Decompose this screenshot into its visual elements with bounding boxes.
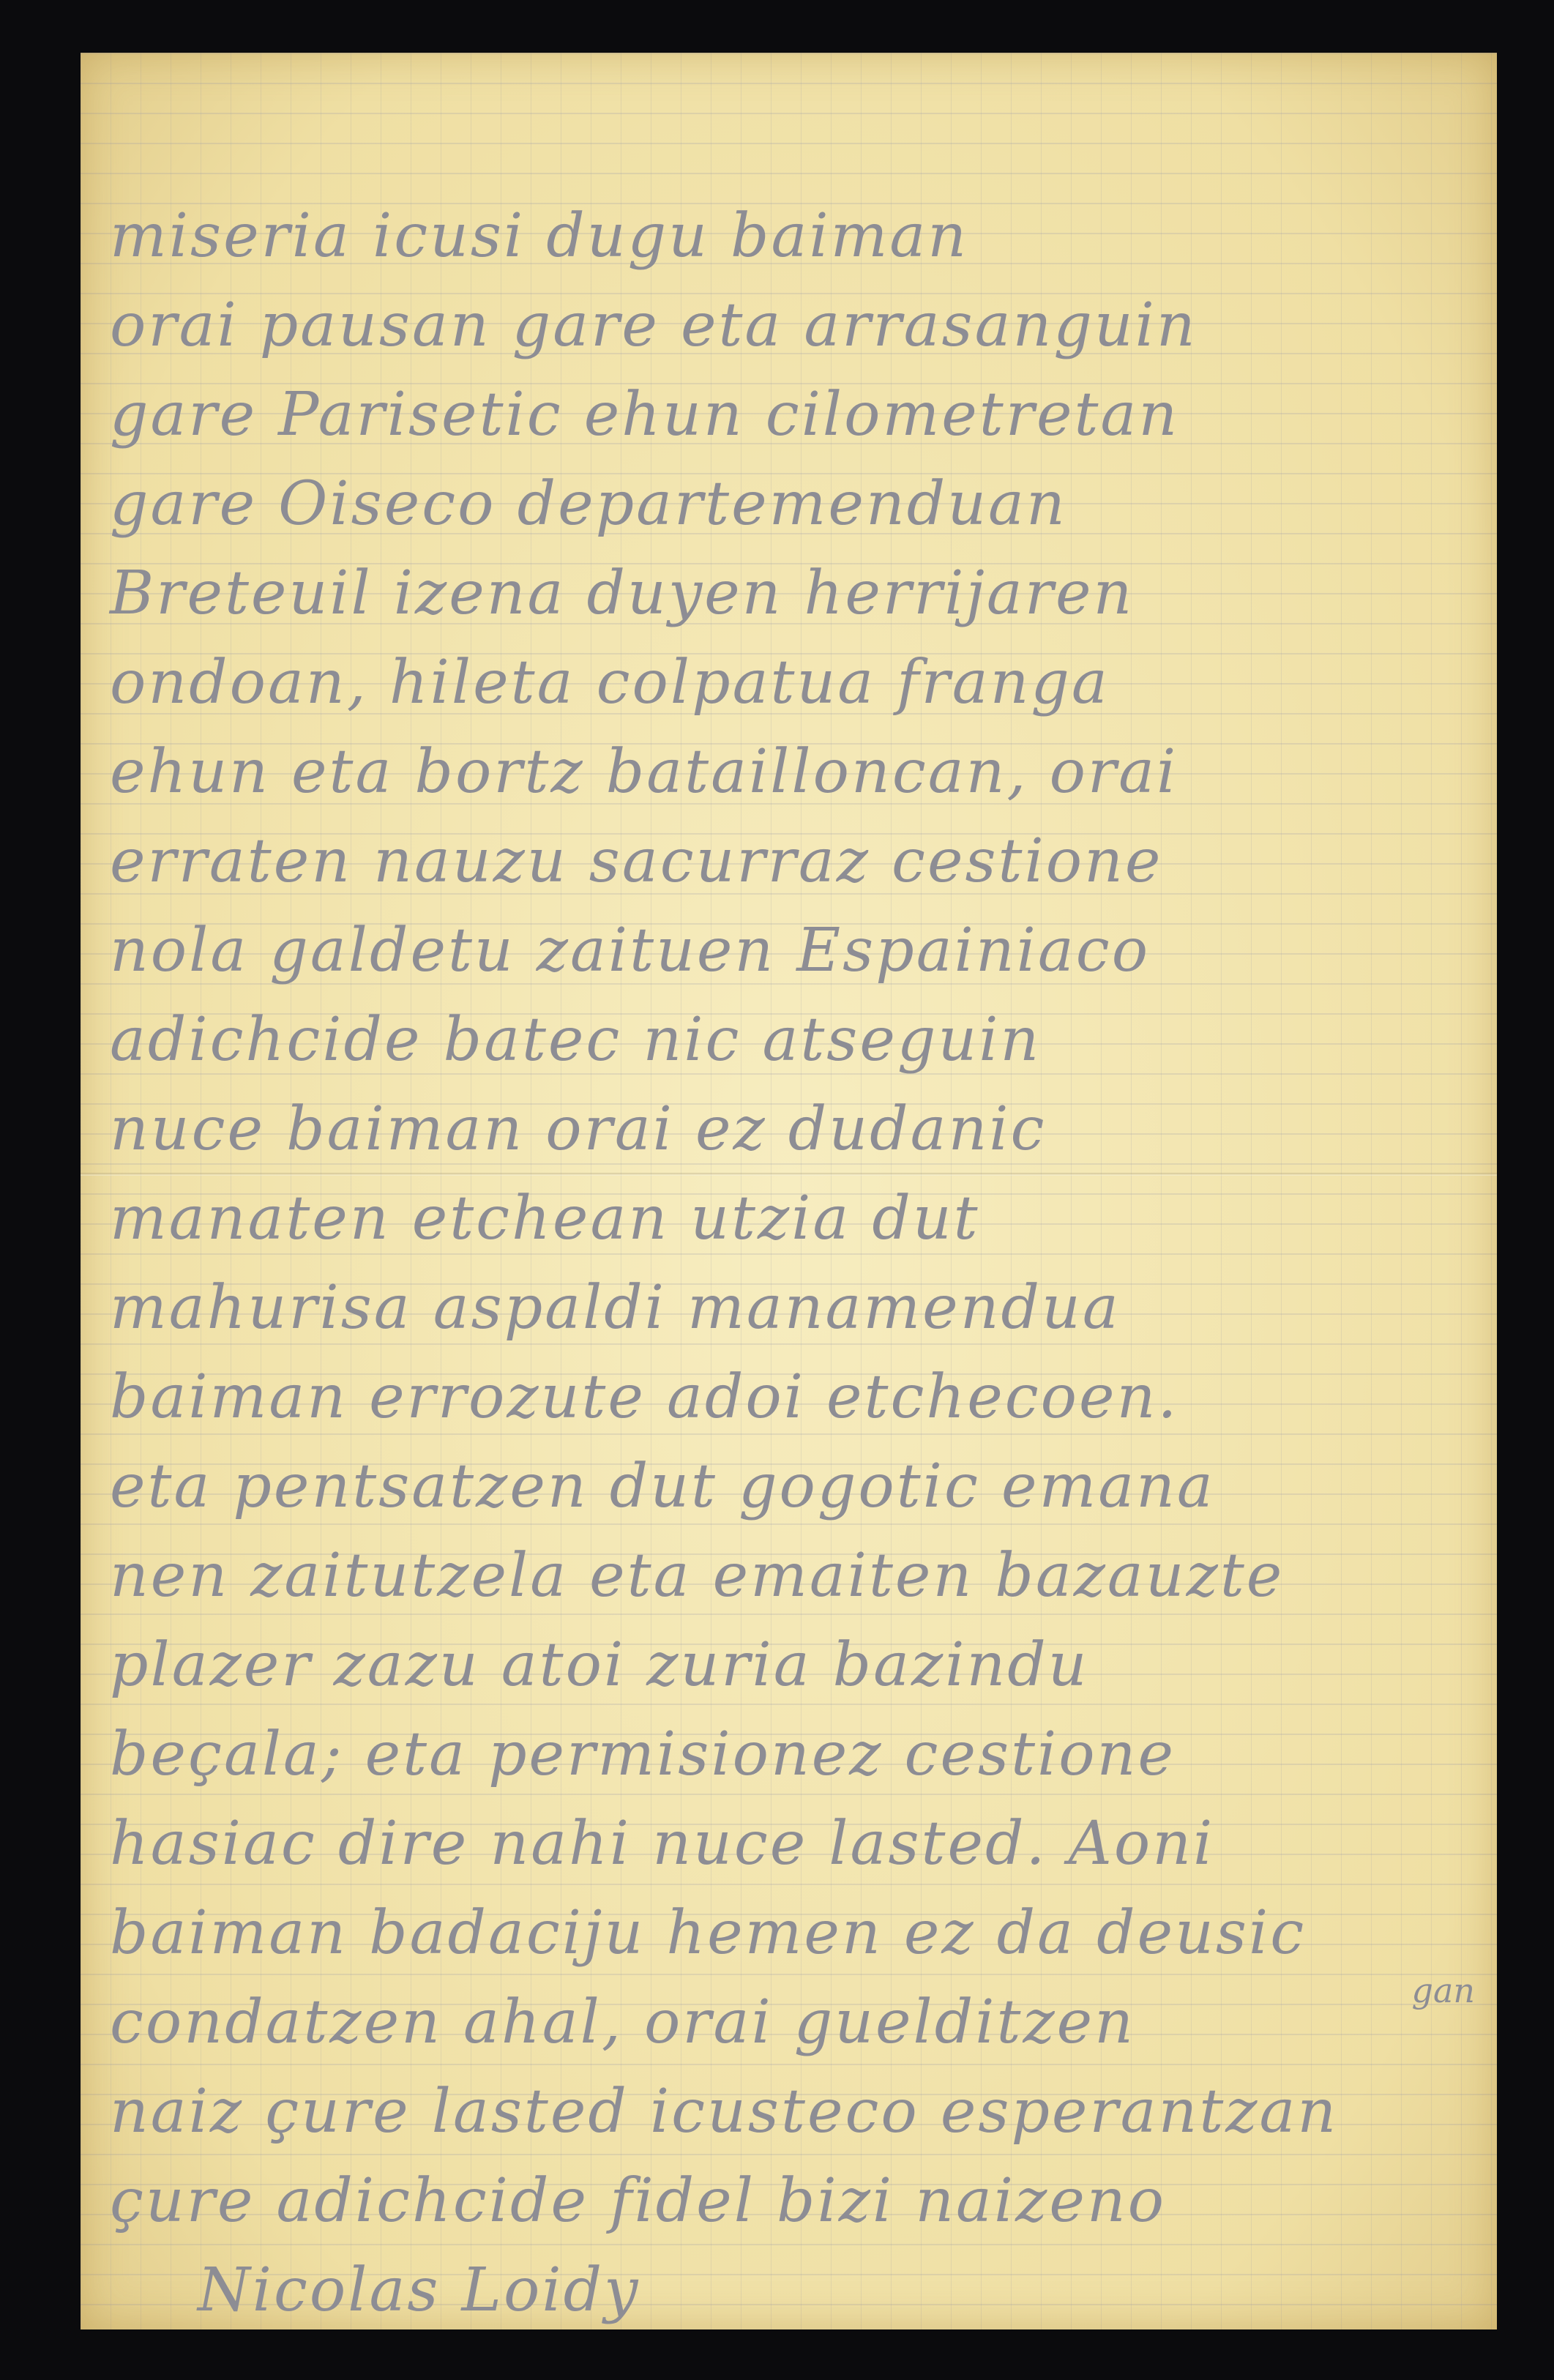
text-line: hasiac dire nahi nuce lasted. Aoni bbox=[110, 1799, 1471, 1889]
text-line: naiz çure lasted icusteco esperantzan bbox=[110, 2067, 1471, 2157]
text-line: beçala; eta permisionez cestione bbox=[110, 1710, 1471, 1799]
text-line: çure adichcide fidel bizi naizeno bbox=[110, 2157, 1471, 2246]
text-line: Breteuil izena duyen herrijaren bbox=[110, 549, 1471, 638]
margin-note: gan bbox=[1412, 1971, 1476, 2010]
text-line: ondoan, hileta colpatua franga bbox=[110, 638, 1471, 728]
text-line: miseria icusi dugu baiman bbox=[110, 192, 1471, 281]
handwritten-text: miseria icusi dugu baiman orai pausan ga… bbox=[110, 192, 1471, 2335]
text-line: orai pausan gare eta arrasanguin bbox=[110, 281, 1471, 370]
text-line: nuce baiman orai ez dudanic bbox=[110, 1085, 1471, 1174]
text-line: eta pentsatzen dut gogotic emana bbox=[110, 1442, 1471, 1532]
text-line: gare Parisetic ehun cilometretan bbox=[110, 370, 1471, 460]
text-line: manaten etchean utzia dut bbox=[110, 1174, 1471, 1264]
text-line: erraten nauzu sacurraz cestione bbox=[110, 817, 1471, 906]
text-line: mahurisa aspaldi manamendua bbox=[110, 1264, 1471, 1353]
text-line: plazer zazu atoi zuria bazindu bbox=[110, 1621, 1471, 1710]
text-line: condatzen ahal, orai guelditzen bbox=[110, 1978, 1471, 2067]
text-line: baiman errozute adoi etchecoen. bbox=[110, 1353, 1471, 1442]
signature: Nicolas Loidy bbox=[198, 2246, 1471, 2335]
letter-page: miseria icusi dugu baiman orai pausan ga… bbox=[81, 53, 1497, 2329]
text-line: nola galdetu zaituen Espainiaco bbox=[110, 906, 1471, 996]
text-line: baiman badaciju hemen ez da deusic bbox=[110, 1889, 1471, 1978]
text-line: nen zaitutzela eta emaiten bazauzte bbox=[110, 1532, 1471, 1621]
text-line: ehun eta bortz batailloncan, orai bbox=[110, 728, 1471, 817]
text-line: gare Oiseco departemenduan bbox=[110, 460, 1471, 549]
text-line: adichcide batec nic atseguin bbox=[110, 996, 1471, 1085]
